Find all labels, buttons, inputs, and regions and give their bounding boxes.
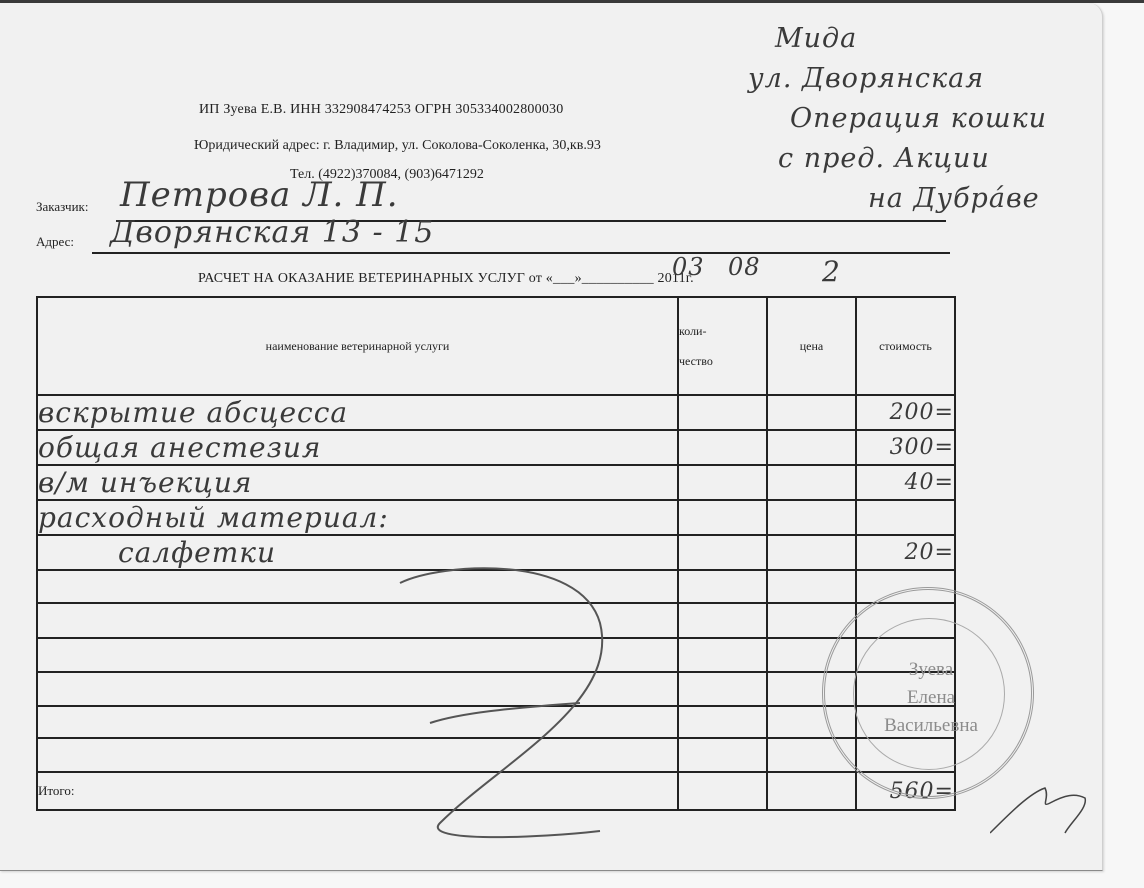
header-quantity-line-1: коли- xyxy=(679,316,766,346)
official-seal: Зуева Елена Васильевна xyxy=(822,587,1034,799)
margin-note-line-4: с пред. Акции xyxy=(778,143,1102,174)
total-price xyxy=(767,772,856,810)
row-price xyxy=(767,570,856,603)
seal-patronymic: Васильевна xyxy=(825,712,1037,740)
row-quantity xyxy=(678,706,767,738)
invoice-sheet: ИП Зуева Е.В. ИНН 332908474253 ОГРН 3053… xyxy=(0,3,1103,871)
header-service-name: наименование ветеринарной услуги xyxy=(37,297,678,395)
customer-value: Петрова Л. П. xyxy=(120,175,399,215)
row-quantity xyxy=(678,465,767,500)
table-row: расходный материал: xyxy=(37,500,955,535)
total-quantity xyxy=(678,772,767,810)
row-price xyxy=(767,430,856,465)
row-cost: 20= xyxy=(856,535,955,570)
address-underline xyxy=(92,252,950,254)
row-service-name: общая анестезия xyxy=(37,430,678,465)
table-row: в/м инъекция 40= xyxy=(37,465,955,500)
company-registration-line: ИП Зуева Е.В. ИНН 332908474253 ОГРН 3053… xyxy=(199,102,563,118)
row-quantity xyxy=(678,570,767,603)
row-quantity xyxy=(678,500,767,535)
address-value: Дворянская 13 - 15 xyxy=(110,215,434,250)
row-quantity xyxy=(678,603,767,638)
table-header-row: наименование ветеринарной услуги коли- ч… xyxy=(37,297,955,395)
header-price: цена xyxy=(767,297,856,395)
margin-note-line-2: ул. Дворянская xyxy=(748,63,1102,94)
signature xyxy=(990,773,1100,843)
date-month: 08 xyxy=(728,253,761,281)
header-cost: стоимость xyxy=(856,297,955,395)
address-label: Адрес: xyxy=(36,234,74,250)
margin-note-line-1: Мида xyxy=(775,23,1102,54)
row-service-name: в/м инъекция xyxy=(37,465,678,500)
row-price xyxy=(767,500,856,535)
seal-first-name: Елена xyxy=(825,684,1037,712)
row-quantity xyxy=(678,738,767,772)
row-cost: 200= xyxy=(856,395,955,430)
margin-note-line-3: Операция кошки xyxy=(790,103,1102,134)
row-service-name: вскрытие абсцесса xyxy=(37,395,678,430)
legal-address-line: Юридический адрес: г. Владимир, ул. Соко… xyxy=(194,138,601,154)
row-quantity xyxy=(678,672,767,706)
date-year-correction: 2 xyxy=(822,255,841,288)
seal-surname: Зуева xyxy=(825,656,1037,684)
row-cost: 300= xyxy=(856,430,955,465)
row-quantity xyxy=(678,638,767,672)
row-cost xyxy=(856,500,955,535)
row-quantity xyxy=(678,430,767,465)
header-quantity-line-2: чество xyxy=(679,346,766,376)
row-quantity xyxy=(678,535,767,570)
header-quantity: коли- чество xyxy=(678,297,767,395)
table-row: общая анестезия 300= xyxy=(37,430,955,465)
document-title: РАСЧЕТ НА ОКАЗАНИЕ ВЕТЕРИНАРНЫХ УСЛУГ от… xyxy=(198,271,694,287)
row-price xyxy=(767,465,856,500)
row-service-name: расходный материал: xyxy=(37,500,678,535)
customer-label: Заказчик: xyxy=(36,199,88,215)
date-day: 03 xyxy=(672,253,705,281)
margin-note-line-5: на Дубрáве xyxy=(868,183,1102,214)
row-cost: 40= xyxy=(856,465,955,500)
row-price xyxy=(767,395,856,430)
strike-through-mark xyxy=(380,563,640,843)
table-row: вскрытие абсцесса 200= xyxy=(37,395,955,430)
row-quantity xyxy=(678,395,767,430)
row-price xyxy=(767,535,856,570)
